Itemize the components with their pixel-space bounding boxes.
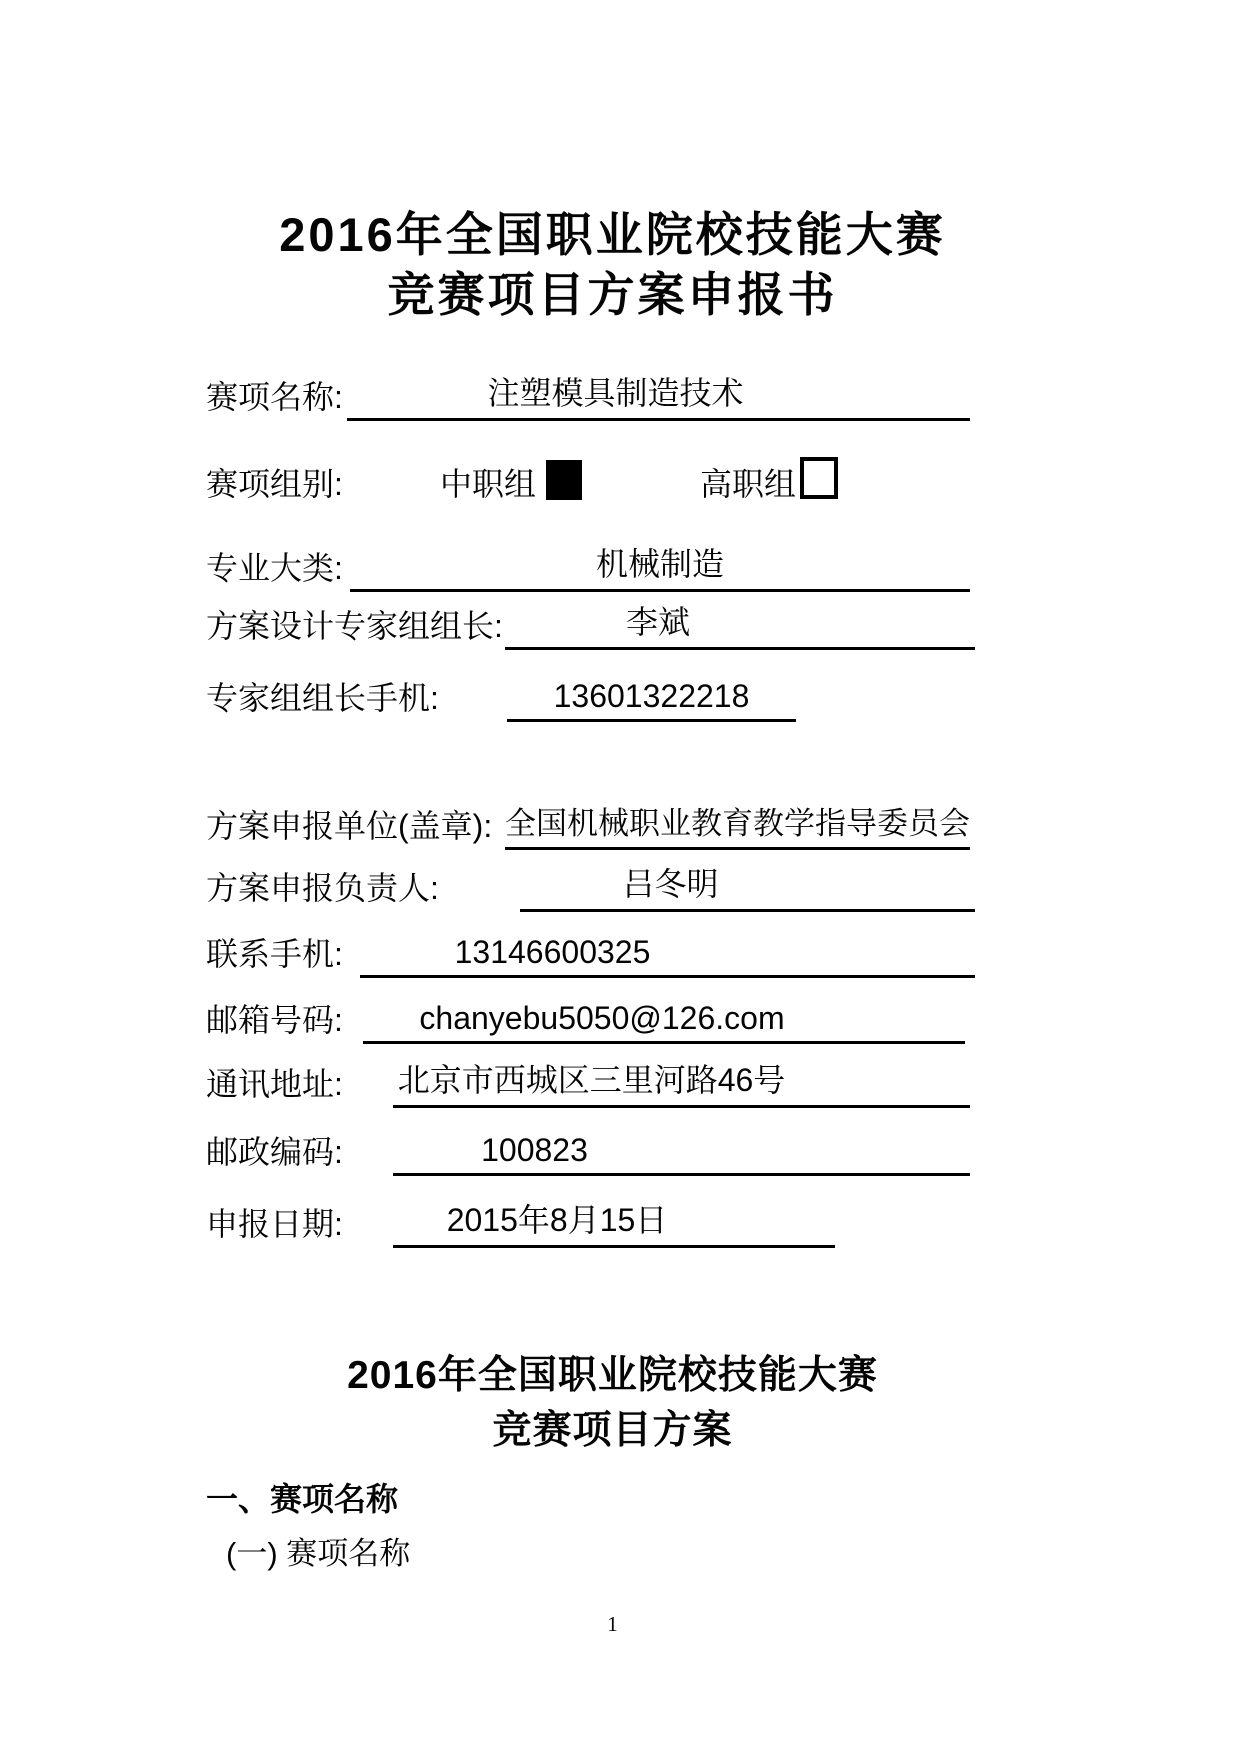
field-row-leader-mobile: 专家组组长手机: 13601322218: [0, 676, 1241, 722]
leader-mobile-underline: 13601322218: [507, 673, 796, 722]
major-category-value: 机械制造: [350, 539, 970, 585]
heading-section-1: 一、赛项名称: [206, 1474, 398, 1520]
application-date-underline: 2015年8月15日: [393, 1199, 835, 1248]
field-row-event-group: 赛项组别: 中职组 高职组: [0, 462, 1241, 508]
field-row-email: 邮箱号码: chanyebu5050@126.com: [0, 998, 1241, 1044]
field-row-contact-mobile: 联系手机: 13146600325: [0, 932, 1241, 978]
application-date-value: 2015年8月15日: [393, 1195, 835, 1241]
address-value: 北京市西城区三里河路46号: [393, 1055, 970, 1101]
section-title-line1: 2016年全国职业院校技能大赛: [0, 1344, 1225, 1400]
leader-mobile-value: 13601322218: [507, 678, 796, 715]
design-team-leader-underline: 李斌: [505, 601, 975, 650]
major-category-underline: 机械制造: [350, 543, 970, 592]
event-name-value: 注塑模具制造技术: [347, 368, 970, 414]
event-group-option-secondary: 中职组: [440, 459, 536, 505]
application-date-label: 申报日期:: [206, 1199, 343, 1245]
field-row-postal-code: 邮政编码: 100823: [0, 1130, 1241, 1176]
field-row-address: 通讯地址: 北京市西城区三里河路46号: [0, 1062, 1241, 1108]
applicant-person-underline: 吕冬明: [520, 863, 975, 912]
field-row-applicant-person: 方案申报负责人: 吕冬明: [0, 866, 1241, 912]
event-group-option-higher: 高职组: [700, 459, 796, 505]
event-name-underline: 注塑模具制造技术: [347, 372, 970, 421]
address-label: 通讯地址:: [206, 1059, 343, 1105]
address-underline: 北京市西城区三里河路46号: [393, 1059, 970, 1108]
applicant-person-label: 方案申报负责人:: [206, 863, 439, 909]
contact-mobile-value: 13146600325: [360, 934, 975, 971]
email-label: 邮箱号码:: [206, 995, 343, 1041]
event-name-label: 赛项名称:: [206, 372, 343, 418]
email-value: chanyebu5050@126.com: [363, 1000, 965, 1037]
secondary-group-checkbox-filled-icon: [546, 460, 582, 500]
field-row-application-date: 申报日期: 2015年8月15日: [0, 1202, 1241, 1248]
design-team-leader-label: 方案设计专家组组长:: [206, 601, 503, 647]
higher-group-checkbox-empty-icon: [800, 457, 838, 499]
field-row-applicant-unit: 方案申报单位(盖章): 全国机械职业教育教学指导委员会: [0, 804, 1241, 850]
form-title-line1: 2016年全国职业院校技能大赛: [0, 198, 1225, 265]
postal-code-underline: 100823: [393, 1127, 970, 1176]
field-row-design-team-leader: 方案设计专家组组长: 李斌: [0, 604, 1241, 650]
postal-code-value: 100823: [393, 1132, 970, 1169]
major-category-label: 专业大类:: [206, 543, 343, 589]
heading-subsection-1-1: (一) 赛项名称: [226, 1528, 410, 1573]
contact-mobile-underline: 13146600325: [360, 929, 975, 978]
applicant-unit-underline: 全国机械职业教育教学指导委员会: [505, 801, 970, 850]
contact-mobile-label: 联系手机:: [206, 929, 343, 975]
email-underline: chanyebu5050@126.com: [363, 995, 965, 1044]
event-group-label: 赛项组别:: [206, 459, 343, 505]
applicant-person-value: 吕冬明: [520, 859, 975, 905]
section-title-line2: 竞赛项目方案: [0, 1399, 1225, 1455]
page-number: 1: [0, 1612, 1225, 1637]
field-row-event-name: 赛项名称: 注塑模具制造技术: [0, 375, 1241, 421]
form-title-line2: 竞赛项目方案申报书: [0, 258, 1225, 325]
applicant-unit-value: 全国机械职业教育教学指导委员会: [505, 798, 970, 843]
applicant-unit-label: 方案申报单位(盖章):: [206, 801, 492, 847]
field-row-major-category: 专业大类: 机械制造: [0, 546, 1241, 592]
design-team-leader-value: 李斌: [505, 597, 975, 643]
document-page: 2016年全国职业院校技能大赛 竞赛项目方案申报书 赛项名称: 注塑模具制造技术…: [0, 0, 1241, 1754]
postal-code-label: 邮政编码:: [206, 1127, 343, 1173]
leader-mobile-label: 专家组组长手机:: [206, 673, 439, 719]
